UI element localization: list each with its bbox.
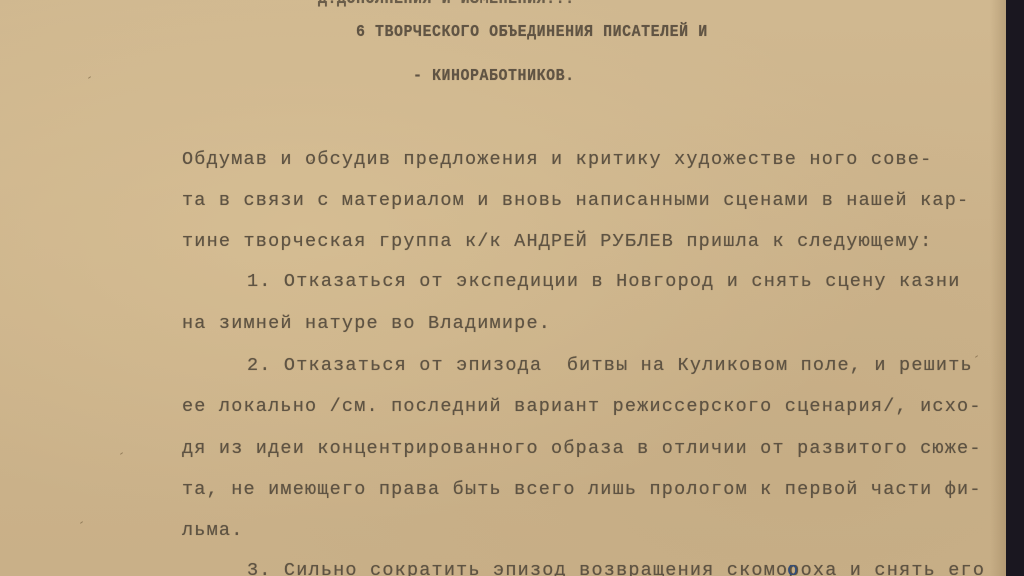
blue-ink-correction: о [787, 562, 799, 576]
document-page: Д.ДОПОЛНЕНИЯ И ИЗМЕНЕНИЯ... 6 ТВОРЧЕСКОГ… [0, 0, 1006, 576]
heading-cut-off-line: Д.ДОПОЛНЕНИЯ И ИЗМЕНЕНИЯ... [318, 0, 575, 8]
paper-speck [120, 452, 123, 455]
paper-speck [80, 521, 83, 524]
item-3-text: Сильно сократить эпизод возвращения ском… [284, 560, 985, 576]
paper-speck [975, 355, 978, 358]
paper-speck [88, 76, 91, 79]
item-1-text: Отказаться от экспедиции в Новгород и сн… [284, 271, 961, 292]
item-2-line-4: та, не имеющего права быть всего лишь пр… [182, 481, 982, 500]
intro-line-1: Обдумав и обсудив предложения и критику … [182, 151, 932, 170]
page-edge-shadow [990, 0, 1006, 576]
item-3-number: 3. [247, 560, 272, 576]
intro-line-2: та в связи с материалом и вновь написанн… [182, 192, 969, 211]
item-3-line-1: 3. Сильно сократить эпизод возвращения с… [247, 562, 985, 576]
item-1-line-1: 1. Отказаться от экспедиции в Новгород и… [247, 273, 961, 292]
item-1-line-2: на зимней натуре во Владимире. [182, 315, 551, 334]
scan-border [1006, 0, 1024, 576]
heading-line-1: 6 ТВОРЧЕСКОГО ОБЪЕДИНЕНИЯ ПИСАТЕЛЕЙ И [356, 24, 708, 41]
intro-line-3: тине творческая группа к/к АНДРЕЙ РУБЛЕВ… [182, 233, 932, 252]
item-1-number: 1. [247, 271, 272, 292]
heading-line-2: - КИНОРАБОТНИКОВ. [413, 68, 575, 85]
item-2-line-2: ее локально /см. последний вариант режис… [182, 398, 982, 417]
item-2-line-1: 2. Отказаться от эпизода битвы на Кулико… [247, 357, 973, 376]
item-2-number: 2. [247, 355, 272, 376]
item-2-line-5: льма. [182, 522, 244, 541]
item-2-text: Отказаться от эпизода битвы на Куликовом… [284, 355, 973, 376]
item-2-line-3: дя из идеи концентрированного образа в о… [182, 440, 982, 459]
